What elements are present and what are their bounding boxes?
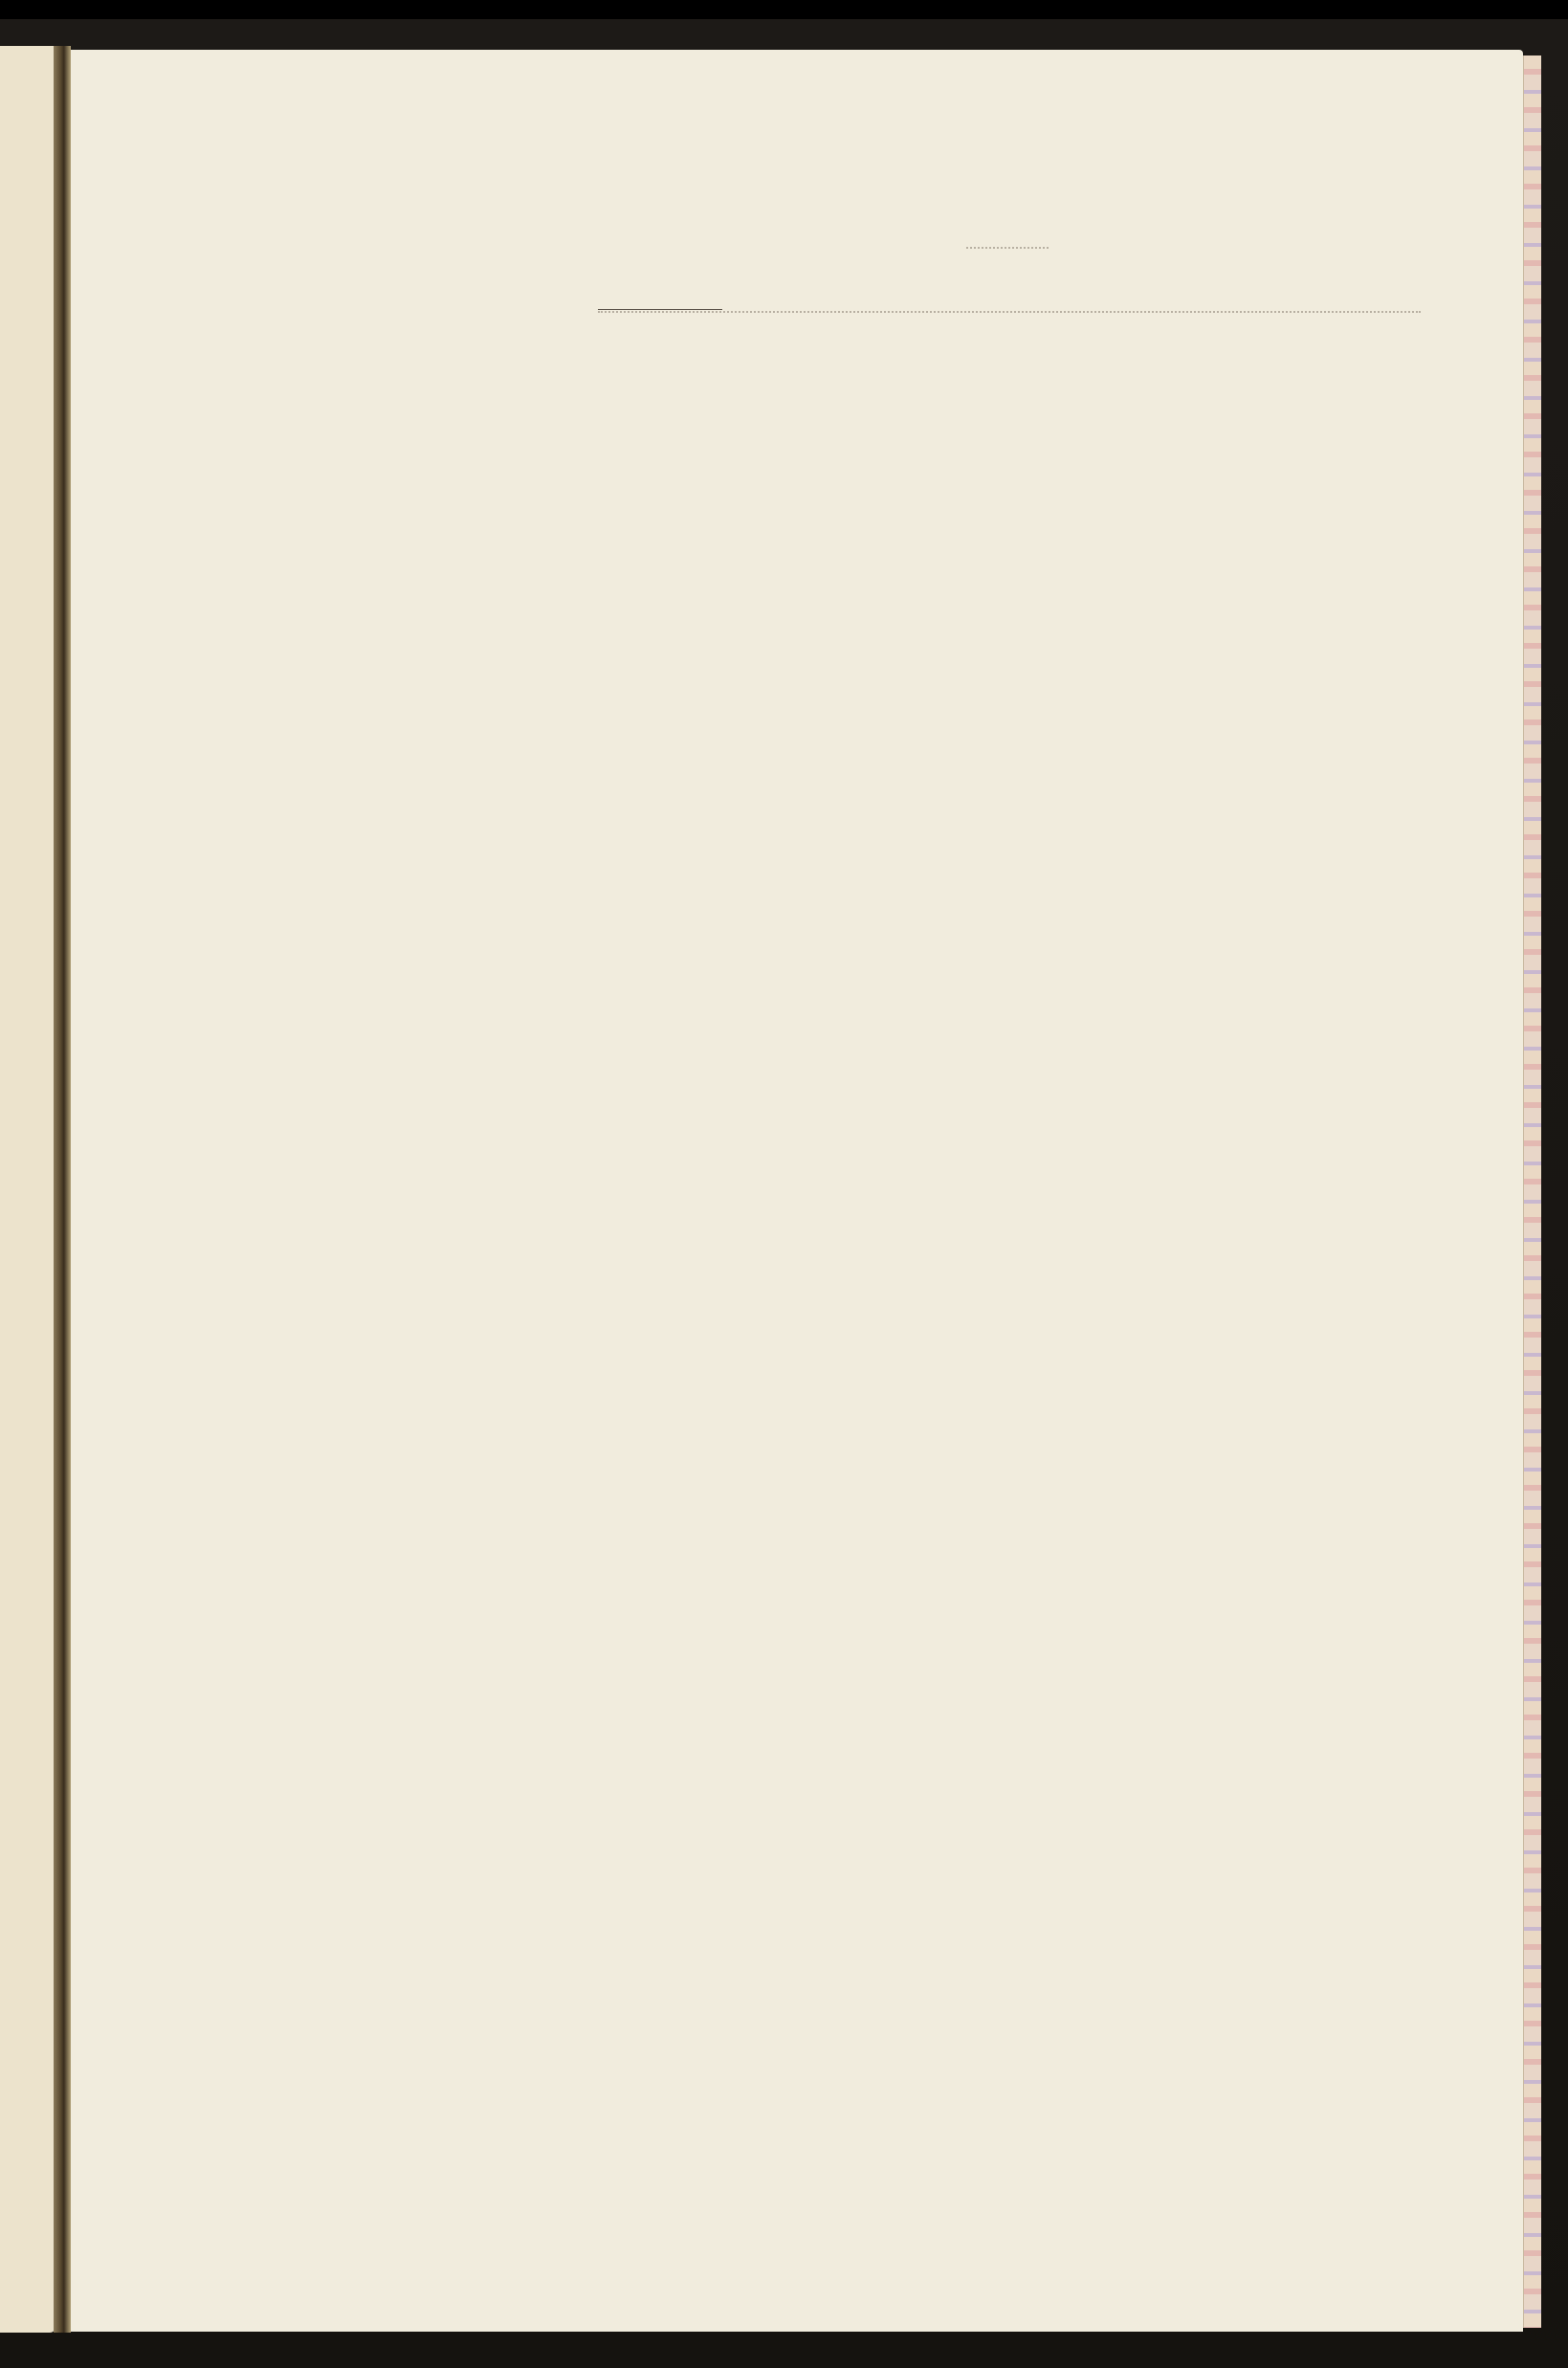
page-stack-edge	[1523, 55, 1541, 2328]
book-gutter	[54, 46, 71, 2333]
register-page	[71, 50, 1523, 2332]
window-title-bar	[0, 0, 1568, 19]
previous-page-edge	[0, 46, 55, 2333]
